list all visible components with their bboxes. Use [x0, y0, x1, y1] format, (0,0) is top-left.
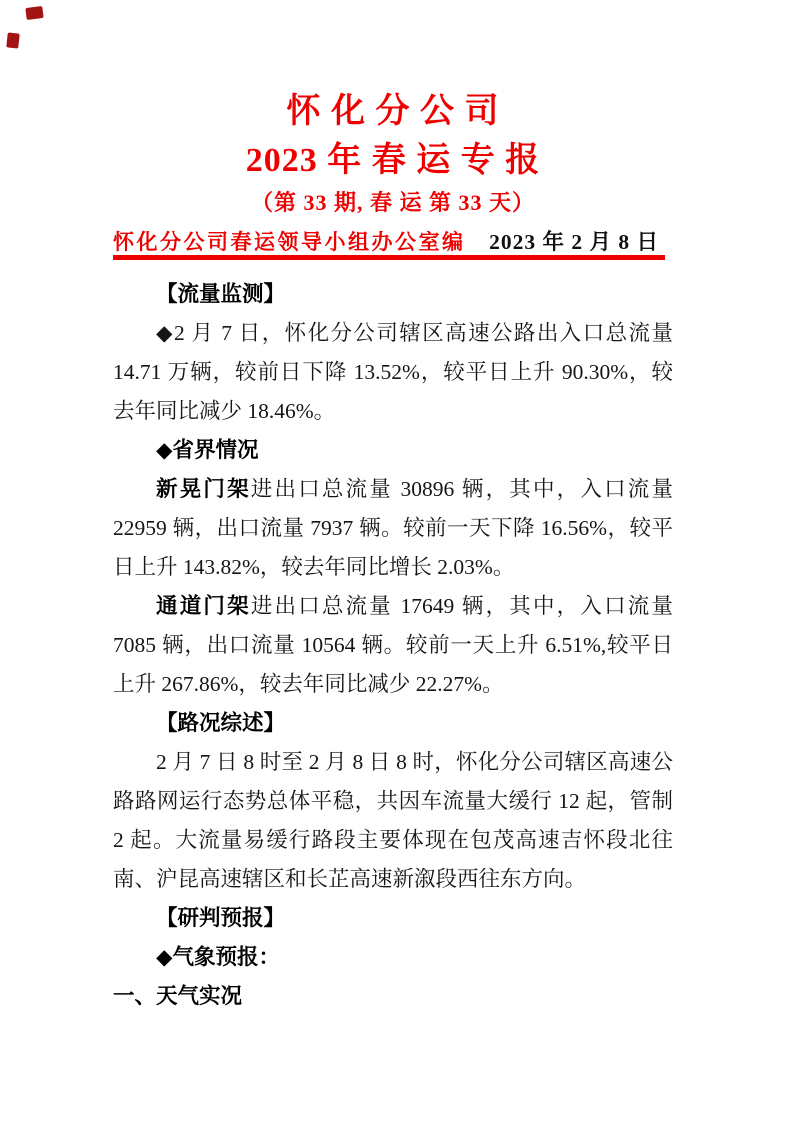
corner-print-artifact	[6, 32, 20, 48]
editor-office-label: 怀化分公司春运领导小组办公室编	[113, 230, 466, 254]
document-page: 怀 化 分 公 司 2023 年 春 运 专 报 （第 33 期, 春 运 第 …	[0, 0, 793, 1122]
issue-number-line: （第 33 期, 春 运 第 33 天）	[113, 189, 673, 217]
subheading-weather-forecast: ◆气象预报：	[113, 938, 673, 977]
report-date: 2023 年 2 月 8 日	[489, 230, 659, 254]
report-body: 【流量监测】 ◆2 月 7 日，怀化分公司辖区高速公路出入口总流量 14.71 …	[113, 275, 673, 1016]
corner-print-artifact	[25, 6, 43, 20]
section-heading-traffic-monitoring: 【流量监测】	[113, 275, 673, 314]
paragraph-road-network-summary: 2 月 7 日 8 时至 2 月 8 日 8 时，怀化分公司辖区高速公路路网运行…	[113, 743, 673, 899]
subheading-weather-actual: 一、天气实况	[113, 977, 673, 1016]
section-heading-forecast: 【研判预报】	[113, 899, 673, 938]
header-divider-rule	[113, 255, 665, 260]
paragraph-tongdao-gantry: 通道门架进出口总流量 17649 辆，其中，入口流量 7085 辆，出口流量 1…	[113, 587, 673, 704]
gantry-name-xinhuang: 新晃门架	[156, 477, 251, 501]
report-title-line2: 2023 年 春 运 专 报	[113, 139, 673, 183]
report-title-line1: 怀 化 分 公 司	[113, 90, 673, 134]
section-heading-road-conditions: 【路况综述】	[113, 704, 673, 743]
report-header: 怀 化 分 公 司 2023 年 春 运 专 报 （第 33 期, 春 运 第 …	[113, 90, 673, 260]
masthead-row: 怀化分公司春运领导小组办公室编 2023 年 2 月 8 日	[113, 230, 673, 254]
section-heading-province-border: ◆省界情况	[113, 431, 673, 470]
paragraph-xinhuang-gantry: 新晃门架进出口总流量 30896 辆，其中，入口流量 22959 辆，出口流量 …	[113, 470, 673, 587]
page-content: 怀 化 分 公 司 2023 年 春 运 专 报 （第 33 期, 春 运 第 …	[113, 0, 673, 1016]
paragraph-total-flow: ◆2 月 7 日，怀化分公司辖区高速公路出入口总流量 14.71 万辆，较前日下…	[113, 314, 673, 431]
gantry-name-tongdao: 通道门架	[156, 594, 251, 618]
